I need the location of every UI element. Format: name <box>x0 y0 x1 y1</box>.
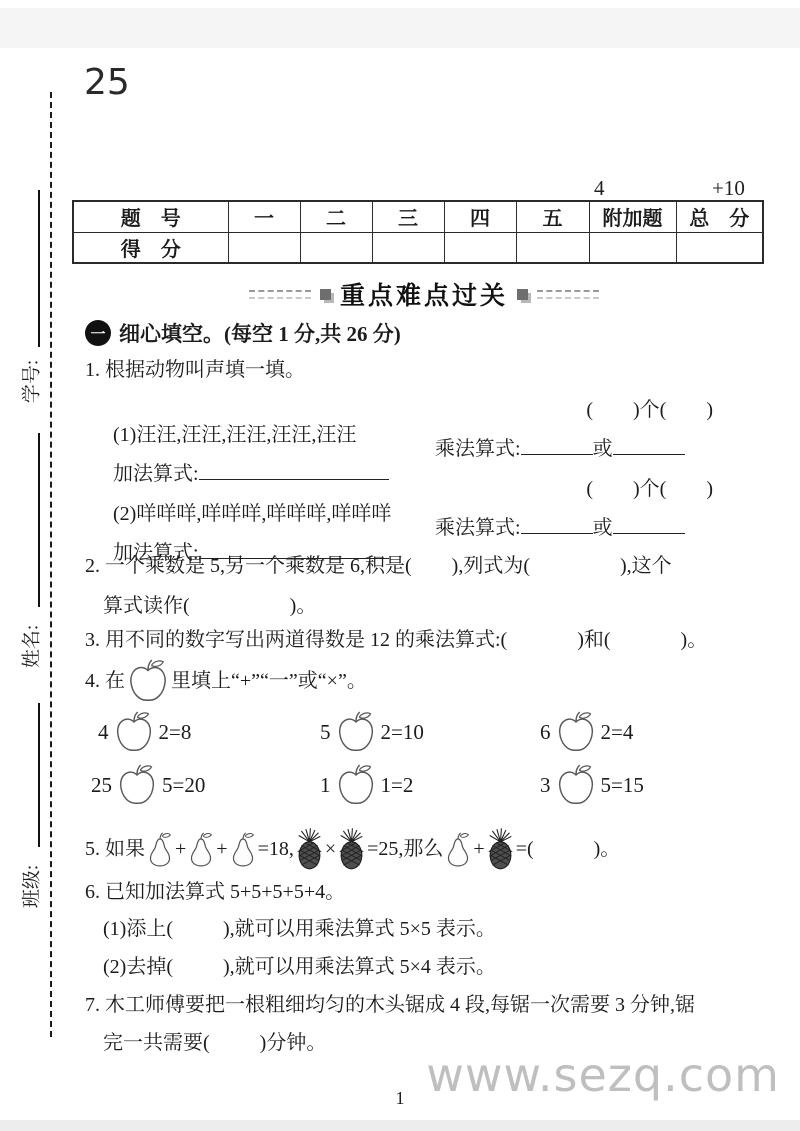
header-q5: 五 <box>516 201 589 232</box>
handwritten-bonus-score: +10 <box>712 176 745 201</box>
header-bonus: 附加题 <box>589 201 676 232</box>
apple-icon <box>336 763 376 807</box>
q4-suffix: 里填上“+”“一”或“×”。 <box>171 669 367 694</box>
q1-part2-count-blank: ( )个( ) <box>586 477 713 502</box>
equation-right-part: 2=4 <box>601 719 634 745</box>
score-cell <box>444 232 516 263</box>
q2-line2: 算式读作( )。 <box>85 594 765 619</box>
section-title: 细心填空。(每空 1 分,共 26 分) <box>119 318 401 348</box>
multiplication-formula-group: 乘法算式:或 <box>435 437 685 462</box>
score-cell <box>372 232 444 263</box>
cube-icon <box>320 289 331 300</box>
multiplication-formula-blank <box>613 516 685 534</box>
pear-icon <box>445 831 471 867</box>
score-row-label: 得 分 <box>73 232 228 263</box>
class-label: 班级: <box>17 851 44 923</box>
equation-left-number: 1 <box>320 772 331 798</box>
apple-equation: 3 5=15 <box>540 763 644 807</box>
q4-equation-row-1: 4 2=8 5 2=10 6 2=4 <box>85 710 765 760</box>
multiplication-formula-group: 乘法算式:或 <box>435 516 685 541</box>
q5-result-blank: =( )。 <box>516 837 621 862</box>
multiplication-formula-blank <box>521 516 593 534</box>
q2-line1: 2. 一个乘数是 5,另一个乘数是 6,积是( ),列式为( ),这个 <box>85 554 765 579</box>
multiplication-formula-blank <box>613 437 685 455</box>
pineapple-icon <box>338 828 365 870</box>
equation-left-number: 6 <box>540 719 551 745</box>
q4-equation-row-2: 25 5=20 1 1=2 3 5=15 <box>85 763 765 813</box>
q7-line1: 7. 木工师傅要把一根粗细均匀的木头锯成 4 段,每锯一次需要 3 分钟,锯 <box>85 993 765 1018</box>
header-q3: 三 <box>372 201 444 232</box>
plus-sign: + <box>473 837 484 862</box>
equation-right-part: 2=10 <box>381 719 424 745</box>
q5-equals-25: =25,那么 <box>367 837 443 862</box>
times-sign: × <box>325 837 336 862</box>
pear-icon <box>188 831 214 867</box>
apple-icon <box>114 710 154 754</box>
q4-intro: 4. 在 里填上“+”“一”或“×”。 <box>85 656 765 706</box>
q6-part1: (1)添上( ),就可以用乘法算式 5×5 表示。 <box>85 917 765 942</box>
name-blank-line <box>38 433 40 607</box>
section-number-badge: 一 <box>85 320 111 346</box>
header-q2: 二 <box>300 201 372 232</box>
apple-icon <box>336 710 376 754</box>
banner-title: 重点难点过关 <box>340 276 508 312</box>
or-label: 或 <box>593 438 613 460</box>
plus-sign: + <box>216 837 227 862</box>
watermark: www.sezq.com <box>426 1048 780 1102</box>
apple-icon <box>117 763 157 807</box>
multiplication-formula-label: 乘法算式: <box>435 438 521 460</box>
header-question-number: 题 号 <box>73 201 228 232</box>
equation-right-part: 2=8 <box>159 719 192 745</box>
scan-artifact-band-bottom <box>0 1120 800 1131</box>
equation-right-part: 5=20 <box>162 772 205 798</box>
page-number-top: 25 <box>84 62 130 103</box>
q5-line: 5. 如果 + + =18, × =25,那么 + =( )。 <box>85 824 765 874</box>
student-id-label: 学号: <box>17 346 44 418</box>
score-cell <box>228 232 300 263</box>
apple-icon <box>556 763 596 807</box>
handwritten-score: 4 <box>594 176 605 201</box>
name-label: 姓名: <box>17 611 44 683</box>
banner-hatch-right <box>537 290 599 299</box>
score-cell <box>516 232 589 263</box>
equation-right-part: 1=2 <box>381 772 414 798</box>
apple-equation: 25 5=20 <box>91 763 205 807</box>
banner: 重点难点过关 <box>85 276 763 312</box>
q1-title: 1. 根据动物叫声填一填。 <box>85 358 765 383</box>
q3-text: 3. 用不同的数字写出两道得数是 12 的乘法算式:( )和( )。 <box>85 628 765 653</box>
apple-icon <box>556 710 596 754</box>
multiplication-formula-blank <box>521 437 593 455</box>
pineapple-icon <box>296 828 323 870</box>
pineapple-icon <box>487 828 514 870</box>
plus-sign: + <box>175 837 186 862</box>
apple-equation: 1 1=2 <box>320 763 413 807</box>
section-header: 一 细心填空。(每空 1 分,共 26 分) <box>85 318 401 348</box>
cube-icon <box>517 289 528 300</box>
header-q4: 四 <box>444 201 516 232</box>
header-q1: 一 <box>228 201 300 232</box>
equation-left-number: 5 <box>320 719 331 745</box>
multiplication-formula-label: 乘法算式: <box>435 517 521 539</box>
header-total: 总 分 <box>676 201 763 232</box>
or-label: 或 <box>593 517 613 539</box>
q5-text: 5. 如果 <box>85 837 145 862</box>
score-cell <box>300 232 372 263</box>
q6-title: 6. 已知加法算式 5+5+5+5+4。 <box>85 880 765 905</box>
score-cell <box>589 232 676 263</box>
q4-prefix: 4. 在 <box>85 669 125 694</box>
apple-icon <box>127 658 169 704</box>
apple-equation: 6 2=4 <box>540 710 633 754</box>
student-id-blank-line <box>38 190 40 347</box>
margin-dashed-line <box>50 92 52 1037</box>
apple-equation: 5 2=10 <box>320 710 424 754</box>
apple-equation: 4 2=8 <box>98 710 191 754</box>
pear-icon <box>147 831 173 867</box>
equation-left-number: 4 <box>98 719 109 745</box>
q6-part2: (2)去掉( ),就可以用乘法算式 5×4 表示。 <box>85 955 765 980</box>
score-table-score-row: 得 分 <box>73 232 763 263</box>
equation-right-part: 5=15 <box>601 772 644 798</box>
q5-equals-18: =18, <box>258 837 294 862</box>
banner-hatch-left <box>249 290 311 299</box>
pear-icon <box>230 831 256 867</box>
score-table-header-row: 题 号 一 二 三 四 五 附加题 总 分 <box>73 201 763 232</box>
equation-left-number: 25 <box>91 772 112 798</box>
equation-left-number: 3 <box>540 772 551 798</box>
q1-part1-count-blank: ( )个( ) <box>586 398 713 423</box>
scan-artifact-band-top <box>0 8 800 48</box>
worksheet-page: { "page": { "corner_number": "25", "foot… <box>0 0 800 1131</box>
score-cell <box>676 232 763 263</box>
score-table: 题 号 一 二 三 四 五 附加题 总 分 得 分 <box>72 200 764 264</box>
class-blank-line <box>38 703 40 847</box>
